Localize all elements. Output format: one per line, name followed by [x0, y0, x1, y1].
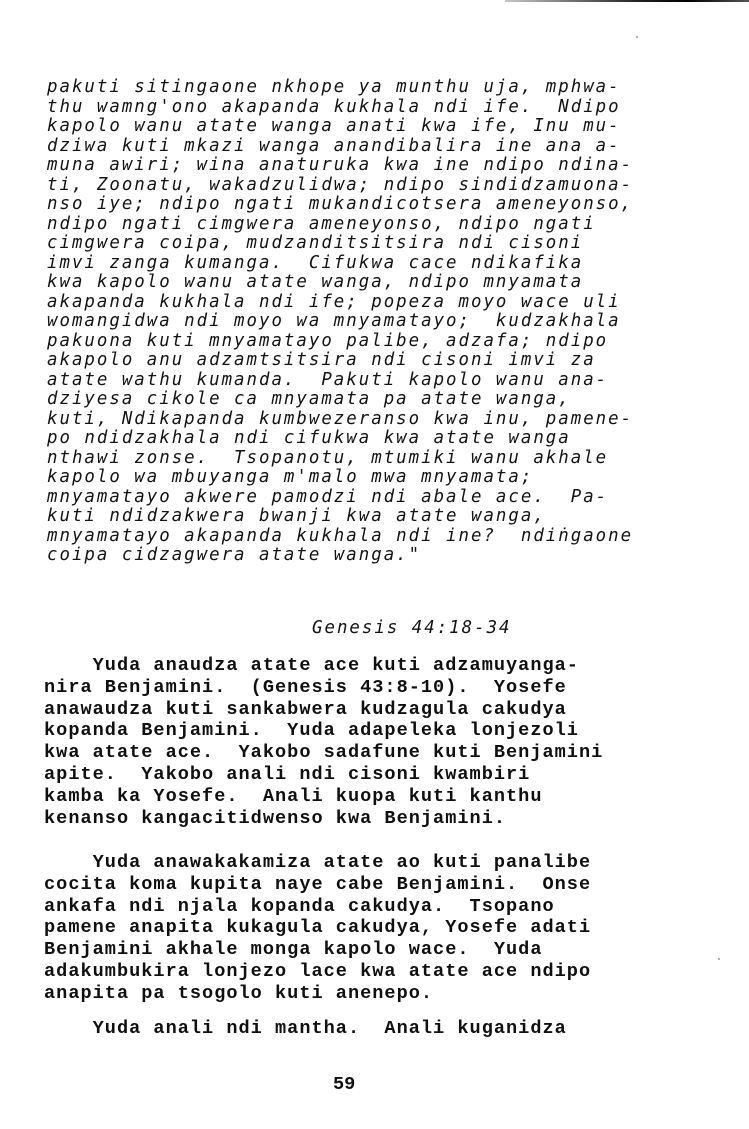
paragraph-line: kwa atate ace. Yakobo sadafune kuti Benj… [44, 742, 664, 764]
quote-line: muna awiri; wina anaturuka kwa ine ndipo… [47, 156, 667, 176]
quote-line: nso iye; ndipo ngati mukandicotsera amen… [47, 195, 667, 215]
paragraph-line: anawaudza kuti sankabwera kudzagula caku… [44, 699, 664, 721]
quote-line: cimgwera coipa, mudzanditsitsira ndi cis… [47, 234, 667, 254]
quote-line: nthawi zonse. Tsopanotu, mtumiki wanu ak… [47, 449, 667, 469]
paragraph-line: kenanso kangacitidwenso kwa Benjamini. [44, 808, 664, 830]
quote-line: akapanda kukhala ndi ife; popeza moyo wa… [47, 293, 667, 313]
quote-line: mnyamatayo akapanda kukhala ndi ine? ndi… [47, 527, 667, 547]
paragraph-line: kamba ka Yosefe. Anali kuopa kuti kanthu [44, 786, 664, 808]
quote-line: mnyamatayo akwere pamodzi ndi abale ace.… [47, 488, 667, 508]
quote-line: pakuona kuti mnyamatayo palibe, adzafa; … [47, 332, 667, 352]
quote-line: ti, Zoonatu, wakadzulidwa; ndipo sindidz… [47, 176, 667, 196]
quote-line: po ndidzakhala ndi cifukwa kwa atate wan… [47, 429, 667, 449]
quote-line: dziyesa cikole ca mnyamata pa atate wang… [47, 390, 667, 410]
quote-line: kuti ndidzakwera bwanji kwa atate wanga, [47, 507, 667, 527]
quote-line: imvi zanga kumanga. Cifukwa cace ndikafi… [47, 254, 667, 274]
paragraph-line: kopanda Benjamini. Yuda adapeleka lonjez… [44, 720, 664, 742]
quote-line: womangidwa ndi moyo wa mnyamatayo; kudza… [47, 312, 667, 332]
scan-speck [718, 958, 720, 960]
paragraph-line: Yuda anawakakamiza atate ao kuti panalib… [44, 852, 664, 874]
quote-line: kuti, Ndikapanda kumbwezeranso kwa inu, … [47, 410, 667, 430]
quote-line: atate wathu kumanda. Pakuti kapolo wanu … [47, 371, 667, 391]
paragraph-line: pamene anapita kukagula cakudya, Yosefe … [44, 917, 664, 939]
paragraph-line: nira Benjamini. (Genesis 43:8-10). Yosef… [44, 677, 664, 699]
paragraph-line: Yuda anali ndi mantha. Anali kuganidza [44, 1018, 664, 1040]
quote-line: thu wamng'ono akapanda kukhala ndi ife. … [47, 98, 667, 118]
quote-line: kapolo wa mbuyanga m'malo mwa mnyamata; [47, 468, 667, 488]
quote-line: ndipo ngati cimgwera ameneyonso, ndipo n… [47, 215, 667, 235]
scripture-quote-block: pakuti sitingaone nkhope ya munthu uja, … [47, 78, 667, 566]
paragraph-line: ankafa ndi njala kopanda cakudya. Tsopan… [44, 896, 664, 918]
paragraph-line: cocita koma kupita naye cabe Benjamini. … [44, 874, 664, 896]
paragraph-line: Benjamini akhale monga kapolo wace. Yuda [44, 939, 664, 961]
scan-speck [636, 36, 638, 38]
paragraph-2: Yuda anawakakamiza atate ao kuti panalib… [44, 852, 664, 1005]
scripture-citation: Genesis 44:18-34 [312, 618, 512, 638]
quote-line: pakuti sitingaone nkhope ya munthu uja, … [47, 78, 667, 98]
paragraph-1: Yuda anaudza atate ace kuti adzamuyanga-… [44, 655, 664, 829]
quote-line: kwa kapolo wanu atate wanga, ndipo mnyam… [47, 273, 667, 293]
paragraph-line: apite. Yakobo anali ndi cisoni kwambiri [44, 764, 664, 786]
scan-artifact-line [505, 0, 749, 2]
paragraph-line: Yuda anaudza atate ace kuti adzamuyanga- [44, 655, 664, 677]
page-number: 59 [333, 1074, 355, 1095]
quote-line: akapolo anu adzamtsitsira ndi cisoni imv… [47, 351, 667, 371]
quote-line: dziwa kuti mkazi wanga anandibalira ine … [47, 137, 667, 157]
paragraph-line: anapita pa tsogolo kuti anenepo. [44, 983, 664, 1005]
quote-line: kapolo wanu atate wanga anati kwa ife, I… [47, 117, 667, 137]
paragraph-line: adakumbukira lonjezo lace kwa atate ace … [44, 961, 664, 983]
paragraph-3: Yuda anali ndi mantha. Anali kuganidza [44, 1018, 664, 1040]
quote-line: coipa cidzagwera atate wanga." [47, 546, 667, 566]
